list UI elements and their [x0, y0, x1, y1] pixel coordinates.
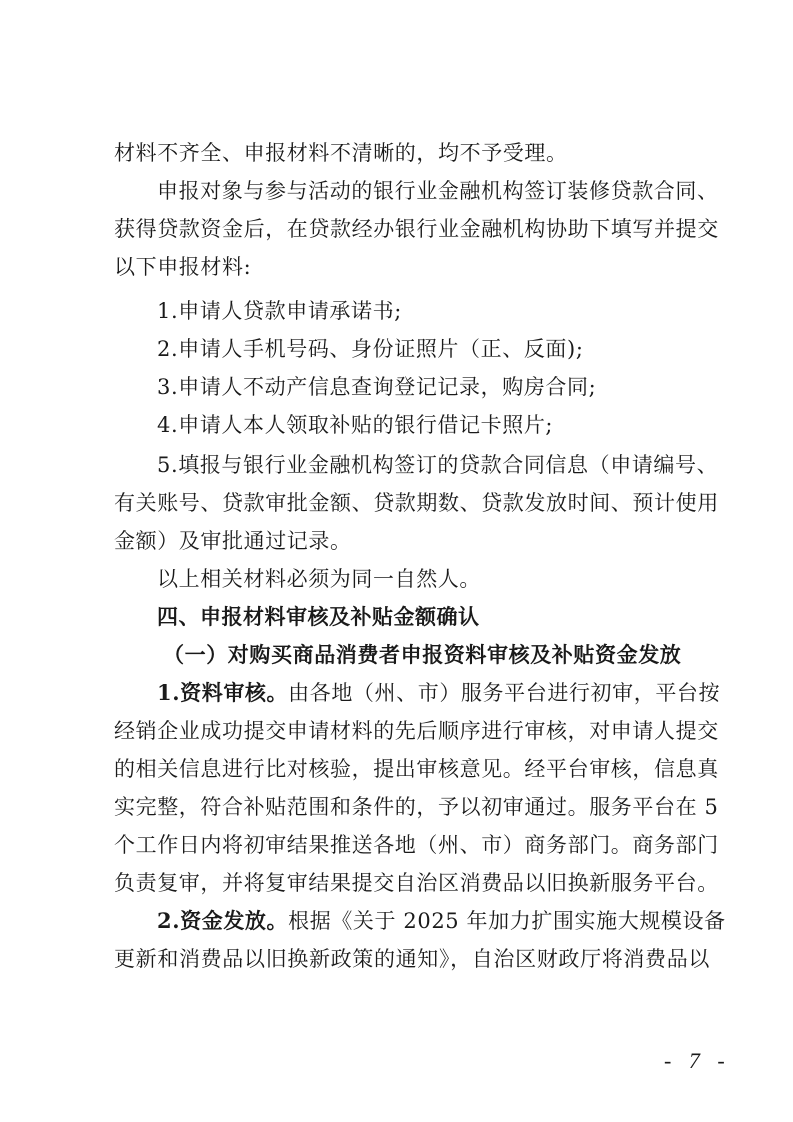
paragraph-line: 的相关信息进行比对核验，提出审核意见。经平台审核，信息真 — [114, 756, 710, 782]
paragraph-line: 申报对象与参与活动的银行业金融机构签订装修贷款合同、 — [157, 178, 710, 204]
section-heading: 四、申报材料审核及补贴金额确认 — [157, 604, 710, 630]
item-text: 根据《关于 2025 年加力扩围实施大规模设备 — [288, 909, 726, 933]
list-item: 5.填报与银行业金融机构签订的贷款合同信息（申请编号、 — [157, 452, 710, 478]
paragraph-line: 实完整，符合补贴范围和条件的，予以初审通过。服务平台在 5 — [114, 794, 710, 820]
page-number-value: 7 — [689, 1048, 706, 1073]
paragraph-line: 1.资料审核。由各地（州、市）服务平台进行初审，平台按 — [157, 680, 710, 706]
paragraph-line: 更新和消费品以旧换新政策的通知》，自治区财政厅将消费品以 — [114, 946, 710, 972]
paragraph-line: 负责复审，并将复审结果提交自治区消费品以旧换新服务平台。 — [114, 870, 710, 896]
document-page: 材料不齐全、申报材料不清晰的，均不予受理。 申报对象与参与活动的银行业金融机构签… — [0, 0, 793, 1122]
paragraph-line: 2.资金发放。根据《关于 2025 年加力扩围实施大规模设备 — [157, 908, 710, 934]
paragraph-line: 以上相关材料必须为同一自然人。 — [157, 566, 710, 592]
paragraph-line: 经销企业成功提交申请材料的先后顺序进行审核，对申请人提交 — [114, 718, 710, 744]
page-number: - 7 - — [664, 1048, 731, 1074]
paragraph-line: 个工作日内将初审结果推送各地（州、市）商务部门。商务部门 — [114, 832, 710, 858]
paragraph-line: 材料不齐全、申报材料不清晰的，均不予受理。 — [114, 140, 584, 166]
page-number-dash: - — [717, 1048, 730, 1073]
list-item: 4.申请人本人领取补贴的银行借记卡照片; — [157, 412, 710, 438]
paragraph-line: 有关账号、贷款审批金额、贷款期数、贷款发放时间、预计使用 — [114, 490, 710, 516]
item-title: 2.资金发放。 — [157, 908, 288, 933]
paragraph-line: 获得贷款资金后，在贷款经办银行业金融机构协助下填写并提交 — [114, 216, 710, 242]
item-title: 1.资料审核。 — [157, 680, 288, 705]
list-item: 1.申请人贷款申请承诺书; — [157, 298, 710, 324]
list-item: 3.申请人不动产信息查询登记记录，购房合同; — [157, 374, 710, 400]
paragraph-line: 以下申报材料: — [114, 254, 710, 280]
subsection-heading: （一）对购买商品消费者申报资料审核及补贴资金发放 — [163, 642, 710, 668]
paragraph-line: 金额）及审批通过记录。 — [114, 528, 710, 554]
page-number-dash: - — [664, 1048, 677, 1073]
list-item: 2.申请人手机号码、身份证照片（正、反面); — [157, 336, 710, 362]
item-text: 由各地（州、市）服务平台进行初审，平台按 — [288, 681, 720, 705]
